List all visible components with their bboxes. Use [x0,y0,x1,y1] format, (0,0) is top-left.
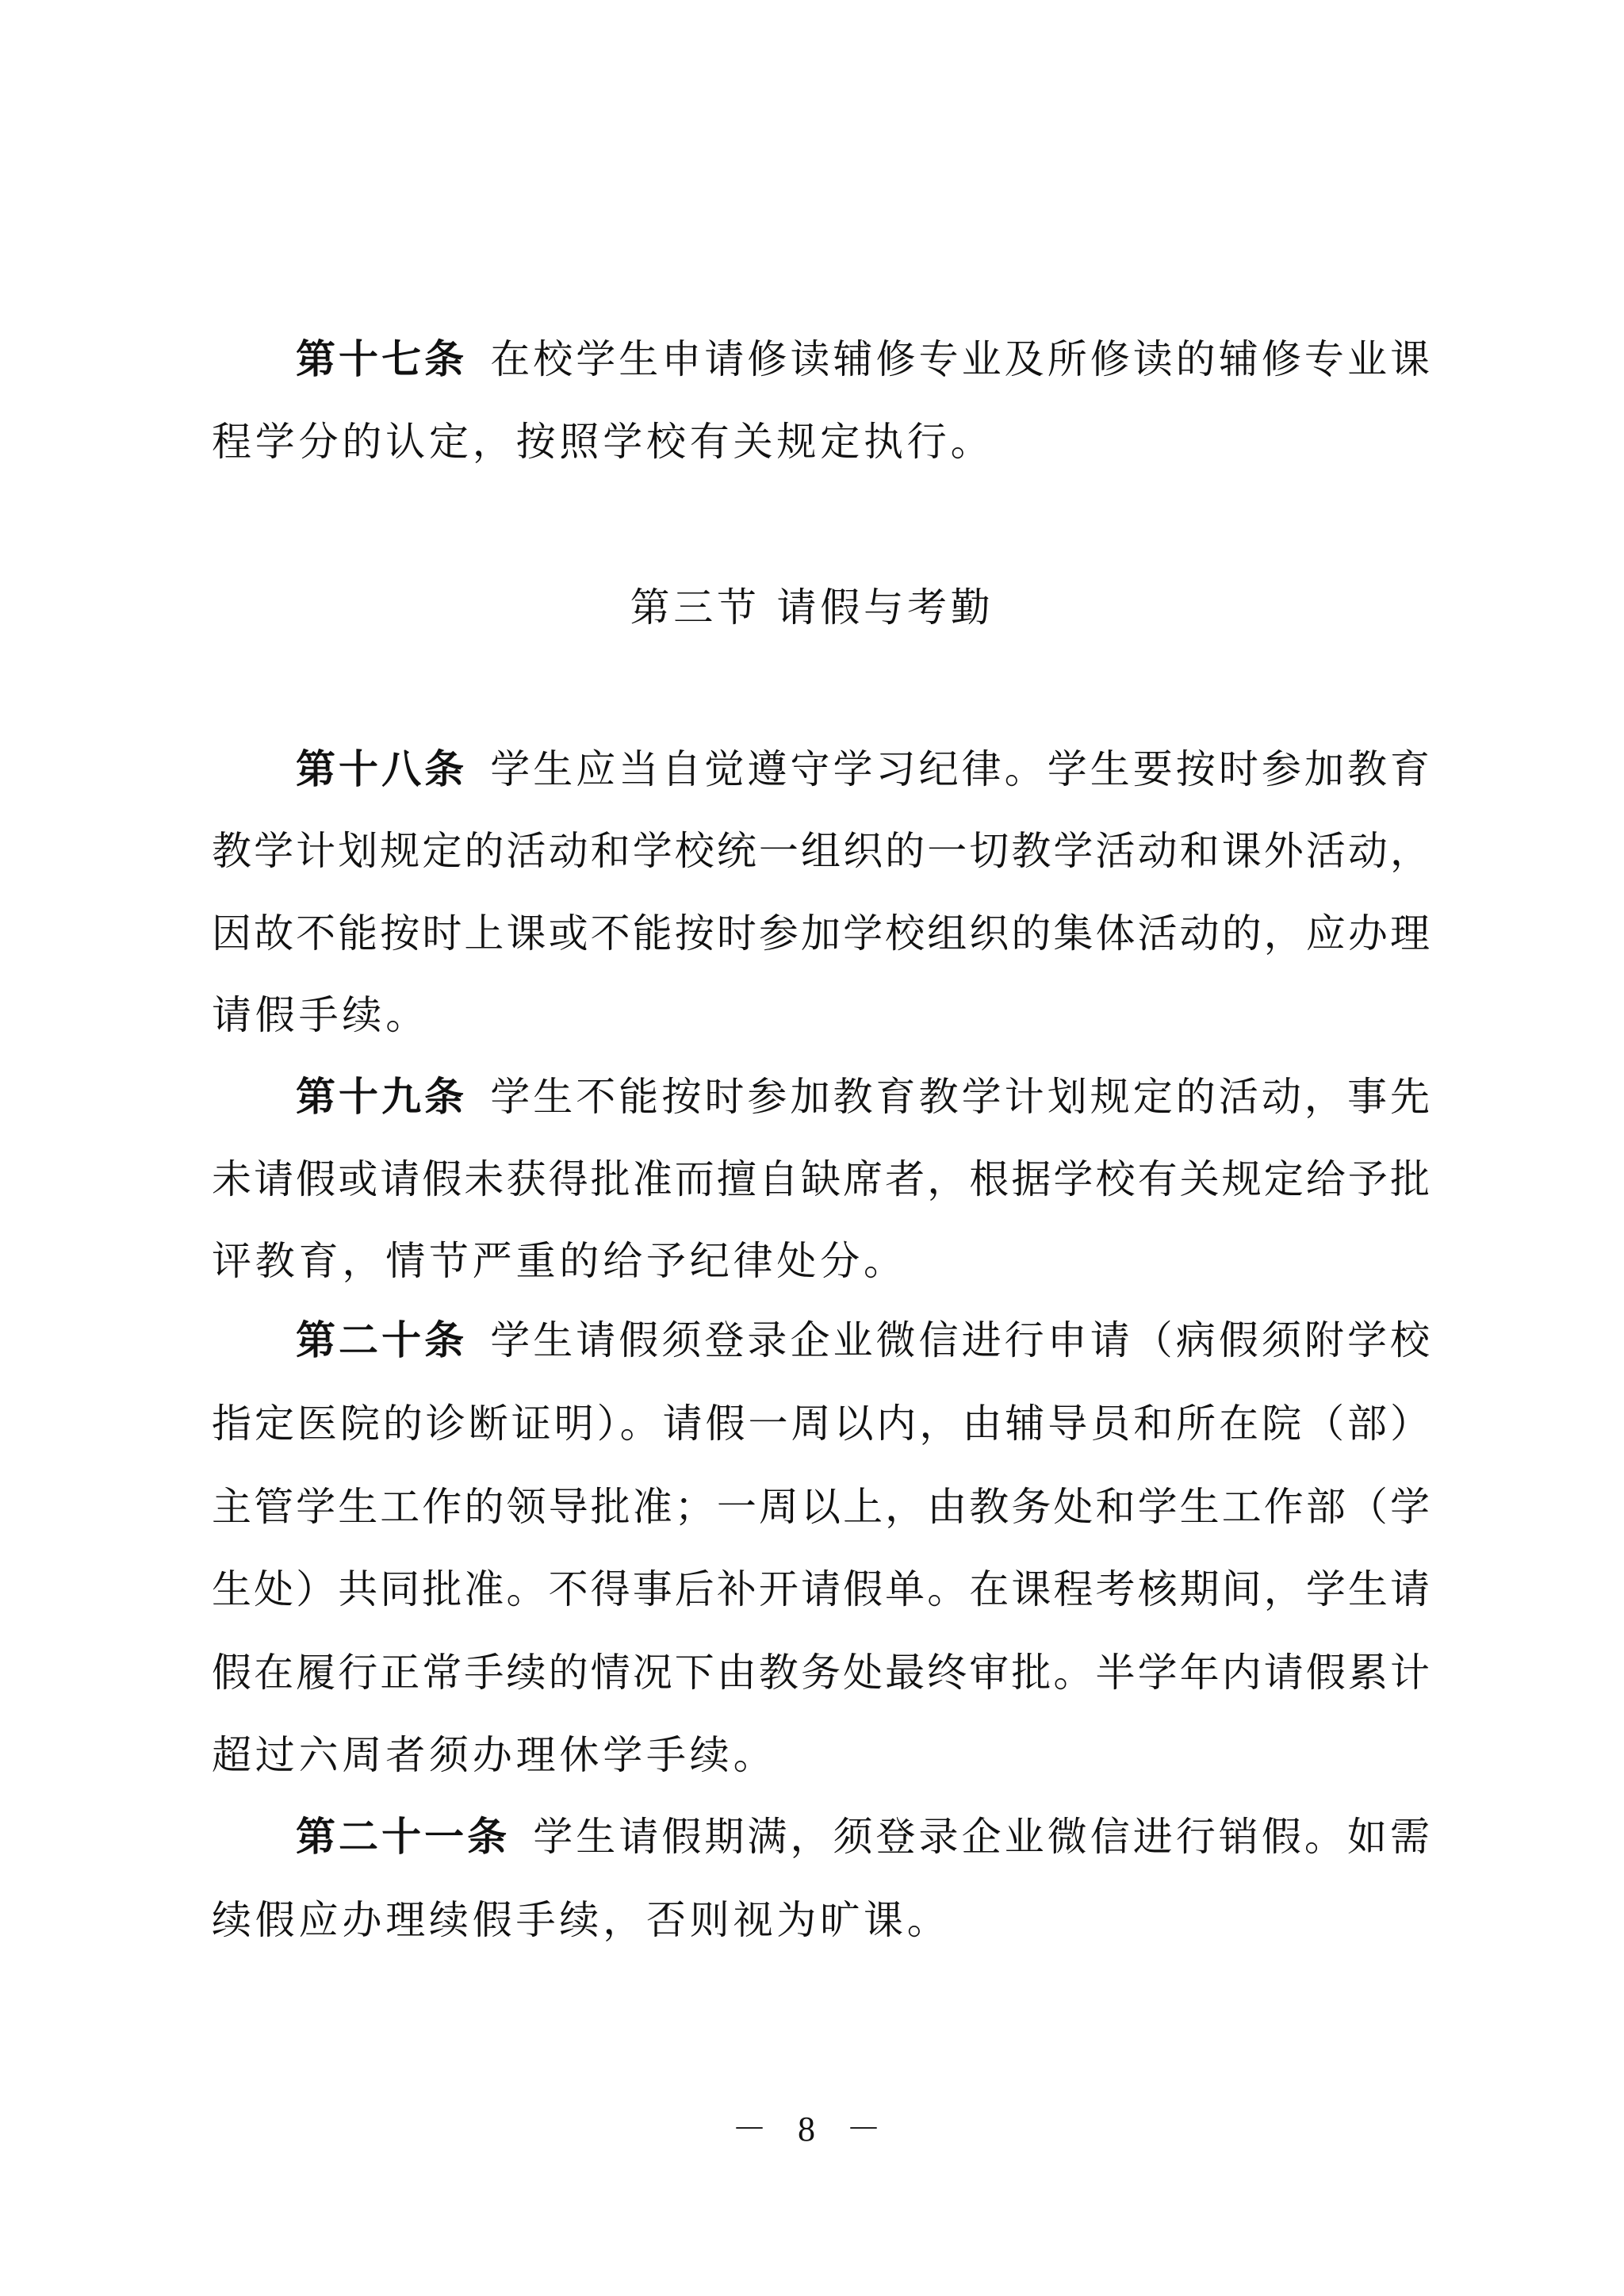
article-19-text: 学生不能按时参加教育教学计划规定的活动，事先 [487,1074,1430,1120]
article-17-line-2: 程学分的认定，按照学校有关规定执行。 [212,418,994,466]
article-20-line-6: 超过六周者须办理休学手续。 [212,1731,776,1779]
article-18-line-4: 请假手续。 [212,991,429,1039]
article-20-text: 学生请假须登录企业微信进行申请（病假须附学校 [487,1317,1430,1363]
article-18-line-3: 因故不能按时上课或不能按时参加学校组织的集体活动的，应办理 [212,910,1430,957]
article-18-line-1: 第十八条 学生应当自觉遵守学习纪律。学生要按时参加教育 [296,746,1430,793]
article-21-line-1: 第二十一条 学生请假期满，须登录企业微信进行销假。如需 [296,1813,1430,1861]
article-18-line-2: 教学计划规定的活动和学校统一组织的一切教学活动和课外活动， [212,827,1430,875]
article-20-line-5: 假在履行正常手续的情况下由教务处最终审批。半学年内请假累计 [212,1649,1430,1696]
article-20-line-4: 生处）共同批准。不得事后补开请假单。在课程考核期间，学生请 [212,1566,1430,1613]
article-19-line-2: 未请假或请假未获得批准而擅自缺席者，根据学校有关规定给予批 [212,1156,1430,1203]
document-page: 第十七条 在校学生申请修读辅修专业及所修读的辅修专业课 程学分的认定，按照学校有… [0,0,1624,2296]
page-number: － 8 － [0,2106,1624,2153]
article-21-label: 第二十一条 [296,1813,510,1860]
article-20-line-1: 第二十条 学生请假须登录企业微信进行申请（病假须附学校 [296,1317,1430,1364]
section-heading: 第三节 请假与考勤 [0,584,1624,631]
article-21-text: 学生请假期满，须登录企业微信进行销假。如需 [530,1814,1430,1860]
article-20-line-2: 指定医院的诊断证明）。请假一周以内，由辅导员和所在院（部） [212,1400,1430,1447]
article-21-line-2: 续假应办理续假手续，否则视为旷课。 [212,1896,951,1944]
article-17-label: 第十七条 [296,335,467,382]
article-17-line-1: 第十七条 在校学生申请修读辅修专业及所修读的辅修专业课 [296,335,1430,383]
article-20-line-3: 主管学生工作的领导批准；一周以上，由教务处和学生工作部（学 [212,1483,1430,1531]
article-20-label: 第二十条 [296,1317,467,1363]
article-19-line-1: 第十九条 学生不能按时参加教育教学计划规定的活动，事先 [296,1073,1430,1121]
article-19-line-3: 评教育，情节严重的给予纪律处分。 [212,1237,907,1285]
article-18-label: 第十八条 [296,746,467,792]
article-19-label: 第十九条 [296,1073,467,1120]
article-17-text: 在校学生申请修读辅修专业及所修读的辅修专业课 [487,336,1430,382]
article-18-text: 学生应当自觉遵守学习纪律。学生要按时参加教育 [487,746,1430,792]
